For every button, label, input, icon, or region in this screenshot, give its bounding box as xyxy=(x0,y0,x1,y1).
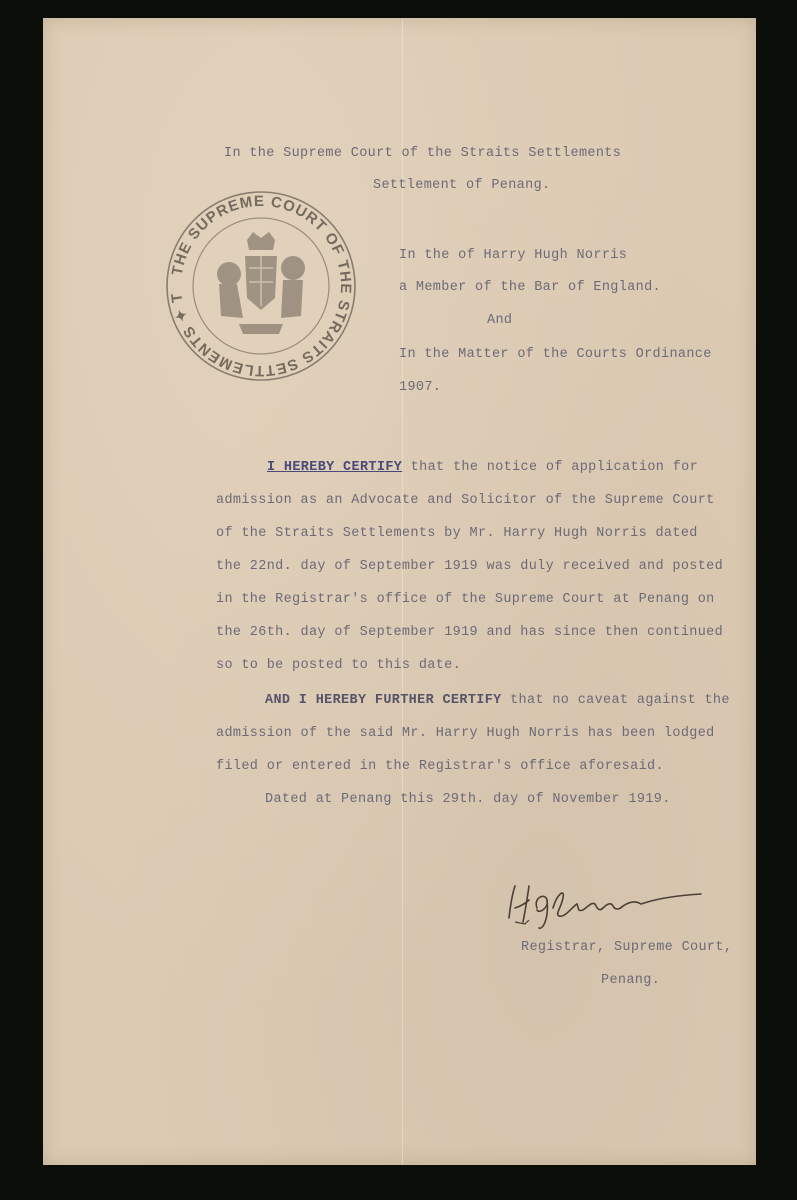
matter-line-2: a Member of the Bar of England. xyxy=(399,280,661,296)
certify-para-line-2: admission as an Advocate and Solicitor o… xyxy=(216,493,715,509)
certify-lead: I HEREBY CERTIFY xyxy=(267,460,402,475)
further-certify-lead: AND I HEREBY FURTHER CERTIFY xyxy=(265,693,502,708)
certify-para-line-5: in the Registrar's office of the Supreme… xyxy=(216,592,715,608)
court-seal-stamp-icon: THE SUPREME COURT OF THE STRAITS SETTLEM… xyxy=(163,188,359,384)
certify-para-line-3: of the Straits Settlements by Mr. Harry … xyxy=(216,526,698,542)
registrar-place: Penang. xyxy=(601,973,660,989)
document-page: In the Supreme Court of the Straits Sett… xyxy=(43,18,756,1165)
certify-para-line-4: the 22nd. day of September 1919 was duly… xyxy=(216,559,723,575)
handwritten-signature xyxy=(503,878,713,943)
registrar-title: Registrar, Supreme Court, xyxy=(521,940,732,956)
certify-para-line-7: so to be posted to this date. xyxy=(216,658,461,674)
matter-line-3: And xyxy=(487,313,512,329)
court-heading: In the Supreme Court of the Straits Sett… xyxy=(224,146,621,162)
certify-para-line-1: I HEREBY CERTIFY that the notice of appl… xyxy=(267,460,698,476)
matter-line-5: 1907. xyxy=(399,380,441,396)
further-certify-line-3: filed or entered in the Registrar's offi… xyxy=(216,759,664,775)
further-certify-line-1: AND I HEREBY FURTHER CERTIFY that no cav… xyxy=(265,693,730,709)
settlement-heading: Settlement of Penang. xyxy=(373,178,550,194)
certify-para-line-6: the 26th. day of September 1919 and has … xyxy=(216,625,723,641)
matter-line-1: In the of Harry Hugh Norris xyxy=(399,248,627,264)
further-certify-line-2: admission of the said Mr. Harry Hugh Nor… xyxy=(216,726,715,742)
dated-line: Dated at Penang this 29th. day of Novemb… xyxy=(265,792,671,808)
matter-line-4: In the Matter of the Courts Ordinance xyxy=(399,347,712,363)
